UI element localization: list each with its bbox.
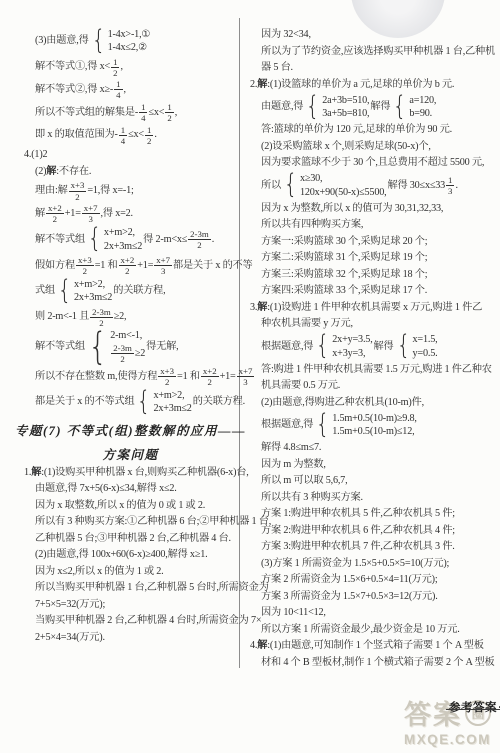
text-run: 解得 30≤x≤33 <box>387 179 445 193</box>
text-run: :(1)由题意,可知制作 1 个竖式箱子需要 1 个 A 型板 <box>267 639 484 653</box>
text-run: ≥2, <box>114 310 127 324</box>
text-run: 由题意,得 7x+5(6-x)≤34,解得 x≤2. <box>35 482 177 496</box>
text-run: , <box>175 106 177 120</box>
text-line: 4.解:(1)由题意,可知制作 1 个竖式箱子需要 1 个 A 型板 <box>250 639 492 654</box>
section-heading: 专题(7) 不等式(组)整数解的应用—— <box>24 423 237 440</box>
left-brace-icon: { <box>306 96 320 119</box>
text-run: +1= <box>65 207 81 221</box>
text-run: 理由:解 <box>35 184 68 198</box>
text-line: 根据题意,得{1.5m+0.5(10-m)≥9.8,1.5m+0.5(10-m)… <box>250 412 492 440</box>
text-line: 3.解:(1)设购进 1 件甲种农机具需要 x 万元,购进 1 件乙 <box>250 300 492 315</box>
text-line: 器 5 台. <box>250 61 492 76</box>
text-run: 则 2-m<-1 且 <box>35 310 89 324</box>
text-run: 解不等式②,得 x≥- <box>35 83 113 97</box>
text-run: 因为 x≤2,所以 x 的值为 1 或 2. <box>35 565 164 579</box>
text-line: 解不等式组{2-m<-1,2-3m2≥2得无解, <box>24 329 237 364</box>
text-run: 得 2-m<x≤ <box>143 233 187 247</box>
text-line: 所以{x≥30,120x+90(50-x)≤5500,解得 30≤x≤3313. <box>250 172 492 200</box>
text-line: 解得 4.8≤m≤7. <box>250 441 492 456</box>
fraction: 14 <box>139 102 147 123</box>
fraction: x+32 <box>76 255 94 276</box>
text-line: 2.解:(1)设篮球的单价为 a 元,足球的单价为 b 元. <box>250 77 492 92</box>
text-run: 方案三:采购篮球 32 个,采购足球 18 个; <box>261 268 427 282</box>
text-line: 由题意,得 7x+5(6-x)≤34,解得 x≤2. <box>24 482 237 497</box>
left-brace-icon: { <box>88 228 102 251</box>
text-line: 乙种机器 5 台;③甲种机器 2 台,乙种机器 4 台. <box>24 531 237 546</box>
text-line: 2+5×4=34(万元). <box>24 630 237 645</box>
brace-group: {2a+3b=510,3a+5b=810, <box>304 94 369 122</box>
text-line: 根据题意,得{2x+y=3.5,x+3y=3,解得{x=1.5,y=0.5. <box>250 333 492 361</box>
text-run: 解 <box>35 207 45 221</box>
brace-group: {x+m>2,2x+3m≤2 <box>56 278 112 306</box>
text-line: 方案 2 所需资金为 1.5×6+0.5×4=11(万元); <box>250 573 492 588</box>
text-line: 所以共有四种购买方案, <box>250 218 492 233</box>
text-run: 3. <box>250 301 257 315</box>
text-run: 专题(7) 不等式(组)整数解的应用—— <box>15 423 246 440</box>
fraction: 12 <box>111 57 119 78</box>
fraction: x+73 <box>82 203 100 224</box>
text-run: 2x+y=3.5, <box>332 333 372 347</box>
text-line: 因为 x 为整数,所以 x 的值可为 30,31,32,33, <box>250 201 492 216</box>
text-line: (3)方案 1 所需资金为 1.5×5+0.5×5=10(万元); <box>250 556 492 571</box>
text-run: 1-4x>-1,① <box>108 28 151 42</box>
text-run: :(1)设购进 1 件甲种农机具需要 x 万元,购进 1 件乙 <box>267 301 482 315</box>
text-run: (3)由题意,得 <box>35 34 89 48</box>
text-run: 乙种机器 5 台;③甲种机器 2 台,乙种机器 4 台. <box>35 532 231 546</box>
text-run: 因为 x 为整数,所以 x 的值可为 30,31,32,33, <box>261 202 443 216</box>
fraction: 13 <box>446 175 454 196</box>
text-line: 1.解:(1)设购买甲种机器 x 台,则购买乙种机器(6-x)台, <box>24 465 237 480</box>
text-run: +1= <box>220 370 236 384</box>
text-run: 方案 1:购进甲种农机具 5 件,乙种农机具 5 件; <box>261 507 455 521</box>
text-run: 方案 3 所需资金为 1.5×7+0.5×3=12(万元). <box>261 590 438 604</box>
left-brace-icon: { <box>316 335 330 358</box>
text-line: (2)解:不存在. <box>24 164 237 179</box>
text-run: x≥30, <box>300 172 322 186</box>
text-line: 因为 32<34, <box>250 28 492 43</box>
left-brace-icon: { <box>316 414 330 437</box>
text-run: :(1)设购买甲种机器 x 台,则购买乙种机器(6-x)台, <box>41 466 248 480</box>
text-line: (2)设采购篮球 x 个,则采购足球(50-x)个, <box>250 139 492 154</box>
brace-group: {a=120,b=90. <box>391 94 436 122</box>
text-line: 机具需要 0.5 万元. <box>250 379 492 394</box>
text-run: 机具需要 0.5 万元. <box>261 379 340 393</box>
text-line: 假如方程x+32=1 和x+22+1=x+73都是关于 x 的不等 <box>24 255 237 276</box>
text-run: 材和 4 个 B 型板材,制作 1 个横式箱子需要 2 个 A 型板 <box>261 656 494 670</box>
brace-group: {1-4x>-1,①1-4x≤2,② <box>90 28 151 56</box>
text-line: 材和 4 个 B 型板材,制作 1 个横式箱子需要 2 个 A 型板 <box>250 655 492 670</box>
brace-group: {2-m<-1,2-3m2≥2 <box>86 329 145 364</box>
text-line: 当购买甲种机器 2 台,乙种机器 4 台时,所需资金为 7× <box>24 614 237 629</box>
page-footer: 参考答案·37 <box>449 699 500 715</box>
text-run: :(1)设篮球的单价为 a 元,足球的单价为 b 元. <box>267 78 454 92</box>
text-run: (2)由题意,得购进乙种农机具(10-m)件, <box>261 396 424 410</box>
text-run: 即 x 的取值范围为- <box>35 128 118 142</box>
text-line: 因为 10<11<12, <box>250 606 492 621</box>
left-brace-icon: { <box>58 280 72 303</box>
text-line: 所以不存在整数 m,使得方程x+32=1 和x+22+1=x+73 <box>24 366 237 387</box>
text-line: 方案二:采购篮球 31 个,采购足球 19 个; <box>250 251 492 266</box>
fraction: x+32 <box>69 180 87 201</box>
text-run: =1 和 <box>95 259 118 273</box>
text-line: 即 x 的取值范围为-14≤x<12. <box>24 125 237 146</box>
text-line: 4.(1)2 <box>24 147 237 162</box>
text-run: :不存在. <box>56 165 91 179</box>
text-line: 答:篮球的单价为 120 元,足球的单价为 90 元. <box>250 123 492 138</box>
text-line: 方案四:采购篮球 33 个,采购足球 17 个. <box>250 284 492 299</box>
text-run: ,得 x=2. <box>101 207 133 221</box>
brace-group: {x+m>2,2x+3m≤2 <box>135 389 191 417</box>
text-run: 方案四:采购篮球 33 个,采购足球 17 个. <box>261 284 427 298</box>
bold-text-run: 解 <box>46 165 56 179</box>
text-run: 所以为了节约资金,应该选择购买甲种机器 1 台,乙种机 <box>261 45 495 59</box>
fraction: x+22 <box>119 255 137 276</box>
text-run: 器 5 台. <box>261 61 293 75</box>
text-run: 方案 3:购进甲种农机具 7 件,乙种农机具 3 件. <box>261 540 455 554</box>
text-run: 根据题意,得 <box>261 340 313 354</box>
left-brace-icon: { <box>284 174 298 197</box>
text-run: 都是关于 x 的不等 <box>173 259 253 273</box>
text-run: 4.(1)2 <box>24 148 47 162</box>
text-run: a=120, <box>409 94 436 108</box>
brace-group: {x≥30,120x+90(50-x)≤5500, <box>282 172 386 200</box>
text-run: 答:篮球的单价为 120 元,足球的单价为 90 元. <box>261 123 452 137</box>
fraction: x+32 <box>158 366 176 387</box>
footer-label: 参考答案 <box>449 702 497 714</box>
text-run: 因为 m 为整数, <box>261 458 326 472</box>
text-run: x+m>2, <box>104 226 135 240</box>
text-line: 解不等式①,得 x<12, <box>24 57 237 78</box>
text-line: (3)由题意,得{1-4x>-1,①1-4x≤2,② <box>24 28 237 56</box>
text-line: 方案三:采购篮球 32 个,采购足球 18 个; <box>250 267 492 282</box>
text-line: 答:购进 1 件甲种农机具需要 1.5 万元,购进 1 件乙种农 <box>250 362 492 377</box>
text-run: 的关联方程. <box>193 395 245 409</box>
left-brace-icon: { <box>137 391 151 414</box>
fraction: x+73 <box>154 255 172 276</box>
text-run: +1= <box>137 259 153 273</box>
text-run: 2x+3m≤2 <box>153 402 191 416</box>
text-run: 解不等式组 <box>35 233 85 247</box>
fraction: 2-3m2 <box>111 343 134 364</box>
text-run: x=1.5, <box>413 333 438 347</box>
text-run: 解得 <box>370 100 390 114</box>
text-run: (3)方案 1 所需资金为 1.5×5+0.5×5=10(万元); <box>261 557 449 571</box>
text-run: 所以共有 3 种购买方案. <box>261 491 363 505</box>
text-line: 所以不等式组的解集是-14≤x<12, <box>24 102 237 123</box>
text-line: (2)由题意,得 100x+60(6-x)≥400,解得 x≥1. <box>24 548 237 563</box>
text-run: 方案 2:购进甲种农机具 6 件,乙种农机具 4 件; <box>261 524 455 538</box>
text-line: 因为 x 取整数,所以 x 的值为 0 或 1 或 2. <box>24 498 237 513</box>
text-run: 3a+5b=810, <box>322 107 369 121</box>
text-run: 得无解, <box>146 340 178 354</box>
text-run: 方案二:采购篮球 31 个,采购足球 19 个; <box>261 251 427 265</box>
fraction: x+22 <box>46 203 64 224</box>
text-run: (2)设采购篮球 x 个,则采购足球(50-x)个, <box>261 140 431 154</box>
text-run: 120x+90(50-x)≤5500, <box>300 186 386 200</box>
brace-group: {2x+y=3.5,x+3y=3, <box>314 333 372 361</box>
text-run: 所以方案 1 所需资金最少,最少资金是 10 万元. <box>261 623 460 637</box>
text-line: 方案 2:购进甲种农机具 6 件,乙种农机具 4 件; <box>250 523 492 538</box>
fraction: 12 <box>165 102 173 123</box>
fraction: 14 <box>119 125 127 146</box>
text-line: 所以为了节约资金,应该选择购买甲种机器 1 台,乙种机 <box>250 44 492 59</box>
text-run: ≥2 <box>135 347 145 361</box>
text-line: 由题意,得{2a+3b=510,3a+5b=810,解得{a=120,b=90. <box>250 94 492 122</box>
text-run: 所以不存在整数 m,使得方程 <box>35 370 157 384</box>
text-run: 的关联方程, <box>113 284 165 298</box>
text-run: 4. <box>250 639 257 653</box>
text-run: 2-m<-1, <box>110 329 142 343</box>
text-line: 所以共有 3 种购买方案. <box>250 490 492 505</box>
text-run: . <box>455 179 457 193</box>
text-run: . <box>212 233 214 247</box>
text-line: (2)由题意,得购进乙种农机具(10-m)件, <box>250 395 492 410</box>
text-run: 解不等式①,得 x< <box>35 60 110 74</box>
text-line: 所以 m 可以取 5,6,7, <box>250 474 492 489</box>
text-line: 方案一:采购篮球 30 个,采购足球 20 个; <box>250 234 492 249</box>
brace-group: {x=1.5,y=0.5. <box>395 333 438 361</box>
text-line: 7+5×5=32(万元); <box>24 597 237 612</box>
bold-text-run: 解 <box>31 466 41 480</box>
text-run: (2)由题意,得 100x+60(6-x)≥400,解得 x≥1. <box>35 548 207 562</box>
text-run: 解得 <box>374 340 394 354</box>
text-line: 解x+22+1=x+73,得 x=2. <box>24 203 237 224</box>
fraction: 14 <box>114 79 122 100</box>
text-run: 2x+3m≤2 <box>104 240 142 254</box>
text-line: 因为 m 为整数, <box>250 457 492 472</box>
text-run: 因为 10<11<12, <box>261 606 326 620</box>
text-run: . <box>154 128 156 142</box>
text-run: 1.5m+0.5(10-m)≤12, <box>332 425 414 439</box>
bold-text-run: 解 <box>257 301 267 315</box>
text-line: 方案 1:购进甲种农机具 5 件,乙种农机具 5 件; <box>250 507 492 522</box>
text-run: 方案 2 所需资金为 1.5×6+0.5×4=11(万元); <box>261 573 437 587</box>
section-heading: 方案问题 <box>24 447 237 464</box>
brace-group: {x+m>2,2x+3m≤2 <box>86 226 142 254</box>
text-line: 所以方案 1 所需资金最少,最少资金是 10 万元. <box>250 622 492 637</box>
column-divider <box>239 18 240 668</box>
text-run: 都是关于 x 的不等式组 <box>35 395 134 409</box>
text-run: b=90. <box>409 107 432 121</box>
text-run: x+m>2, <box>74 278 105 292</box>
text-line: 因为 x≤2,所以 x 的值为 1 或 2. <box>24 564 237 579</box>
text-run: =1,得 x=-1; <box>87 184 133 198</box>
text-line: 因为要求篮球不少于 30 个,且总费用不超过 5500 元, <box>250 156 492 171</box>
left-brace-icon: { <box>91 30 105 53</box>
text-line: 都是关于 x 的不等式组{x+m>2,2x+3m≤2的关联方程. <box>24 389 237 417</box>
text-run: 根据题意,得 <box>261 418 313 432</box>
text-run: 2x+3m≤2 <box>74 291 112 305</box>
text-run: =1 和 <box>177 370 200 384</box>
text-run: 方案问题 <box>102 447 158 464</box>
text-run: x+m>2, <box>153 389 184 403</box>
text-run: 种农机具需要 y 万元, <box>261 317 353 331</box>
text-run: 1.5m+0.5(10-m)≥9.8, <box>332 412 417 426</box>
text-run: ≤x< <box>128 128 144 142</box>
text-line: 理由:解x+32=1,得 x=-1; <box>24 180 237 201</box>
text-run: 由题意,得 <box>261 100 303 114</box>
text-run: 因为要求篮球不少于 30 个,且总费用不超过 5500 元, <box>261 156 484 170</box>
text-line: 所以有 3 种购买方案:①乙种机器 6 台;②甲种机器 1 台, <box>24 515 237 530</box>
bold-text-run: 解 <box>257 639 267 653</box>
text-line: 所以当购买甲种机器 1 台,乙种机器 5 台时,所需资金为 <box>24 581 237 596</box>
text-run: 解不等式组 <box>35 340 85 354</box>
text-line: 解不等式组{x+m>2,2x+3m≤2得 2-m<x≤2-3m2. <box>24 226 237 254</box>
text-run: x+3y=3, <box>332 347 365 361</box>
text-run: , <box>120 60 122 74</box>
bold-text-run: 解 <box>257 78 267 92</box>
text-line: 式组{x+m>2,2x+3m≤2的关联方程, <box>24 278 237 306</box>
text-run: 7+5×5=32(万元); <box>35 598 105 612</box>
text-line: 则 2-m<-1 且2-3m2≥2, <box>24 307 237 328</box>
text-run: y=0.5. <box>413 347 438 361</box>
fraction: x+22 <box>201 366 219 387</box>
text-run: 所以当购买甲种机器 1 台,乙种机器 5 台时,所需资金为 <box>35 581 269 595</box>
text-run: 所以不等式组的解集是- <box>35 106 138 120</box>
brace-group: {1.5m+0.5(10-m)≥9.8,1.5m+0.5(10-m)≤12, <box>314 412 417 440</box>
text-run: 2+5×4=34(万元). <box>35 631 105 645</box>
fraction: 2-3m2 <box>188 229 211 250</box>
left-brace-icon: { <box>396 335 410 358</box>
text-line: 解不等式②,得 x≥-14, <box>24 79 237 100</box>
fraction: 12 <box>145 125 153 146</box>
text-run: 当购买甲种机器 2 台,乙种机器 4 台时,所需资金为 7× <box>35 614 261 628</box>
text-run: ≤x< <box>148 106 164 120</box>
text-run: 所以有 3 种购买方案:①乙种机器 6 台;②甲种机器 1 台, <box>35 515 271 529</box>
text-line: 种农机具需要 y 万元, <box>250 317 492 332</box>
text-run: 所以 <box>261 179 281 193</box>
text-run: , <box>124 83 126 97</box>
text-line: 方案 3:购进甲种农机具 7 件,乙种农机具 3 件. <box>250 540 492 555</box>
left-brace-icon: { <box>88 331 107 362</box>
text-run: 2. <box>250 78 257 92</box>
text-run: 方案一:采购篮球 30 个,采购足球 20 个; <box>261 235 427 249</box>
text-run: 所以共有四种购买方案, <box>261 218 363 232</box>
text-run: 所以 m 可以取 5,6,7, <box>261 474 347 488</box>
watermark-site: MXQE.COM <box>404 732 491 747</box>
text-run: 因为 x 取整数,所以 x 的值为 0 或 1 或 2. <box>35 499 205 513</box>
text-run: 答:购进 1 件甲种农机具需要 1.5 万元,购进 1 件乙种农 <box>261 363 492 377</box>
text-run: 式组 <box>35 284 55 298</box>
text-run: 1. <box>24 466 31 480</box>
left-column: (3)由题意,得{1-4x>-1,①1-4x≤2,②解不等式①,得 x<12,解… <box>24 26 237 647</box>
right-column: 因为 32<34,所以为了节约资金,应该选择购买甲种机器 1 台,乙种机器 5 … <box>250 26 492 672</box>
text-line: 方案 3 所需资金为 1.5×7+0.5×3=12(万元). <box>250 589 492 604</box>
text-run: 1-4x≤2,② <box>108 41 147 55</box>
text-run: 2a+3b=510, <box>322 94 369 108</box>
text-run: 假如方程 <box>35 259 75 273</box>
left-brace-icon: { <box>393 96 407 119</box>
text-run: 解得 4.8≤m≤7. <box>261 441 321 455</box>
text-run: (2) <box>35 165 46 179</box>
text-run: 因为 32<34, <box>261 28 311 42</box>
